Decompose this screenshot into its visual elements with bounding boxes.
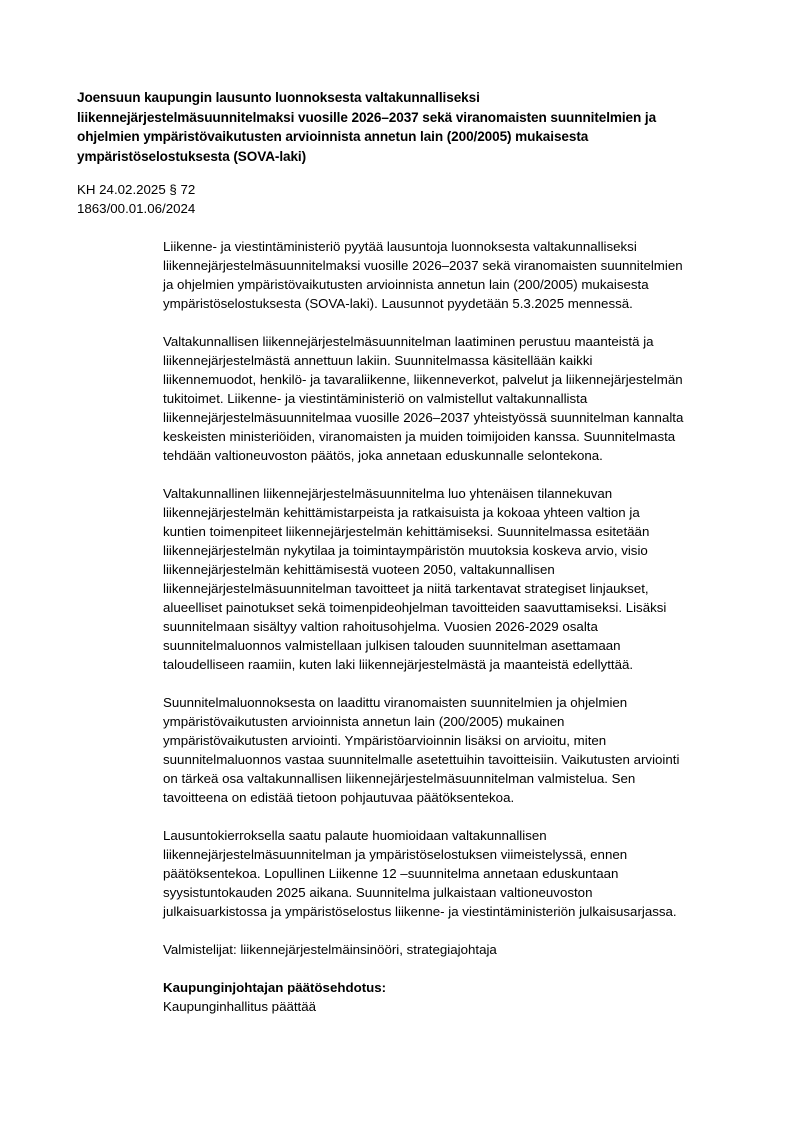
paragraph-request: Liikenne- ja viestintäministeriö pyytää … bbox=[163, 237, 743, 313]
text-line: ja ohjelmien ympäristövaikutusten arvioi… bbox=[163, 275, 743, 294]
meeting-reference: KH 24.02.2025 § 72 bbox=[77, 180, 195, 199]
text-line: kuntien toimenpiteet liikennejärjestelmä… bbox=[163, 522, 743, 541]
text-line: suunnitelmaluonnos valmistellaan julkise… bbox=[163, 636, 743, 655]
text-line: Liikenne- ja viestintäministeriö pyytää … bbox=[163, 237, 743, 256]
paragraph-basis: Valtakunnallisen liikennejärjestelmäsuun… bbox=[163, 332, 743, 465]
proposal-text: Kaupunginhallitus päättää bbox=[163, 997, 743, 1016]
text-line: suunnitelmaan sisältyy valtion rahoituso… bbox=[163, 617, 743, 636]
title-line: liikennejärjestelmäsuunnitelmaksi vuosil… bbox=[77, 108, 737, 128]
proposal-heading: Kaupunginjohtajan päätösehdotus: bbox=[163, 978, 743, 997]
text-line: liikennejärjestelmäsuunnitelman tavoitte… bbox=[163, 579, 743, 598]
text-line: liikennejärjestelmästä annettuun lakiin.… bbox=[163, 351, 743, 370]
paragraph-assessment: Suunnitelmaluonnoksesta on laadittu vira… bbox=[163, 693, 743, 807]
text-line: tukitoimet. Liikenne- ja viestintäminist… bbox=[163, 389, 743, 408]
text-line: ympäristövaikutusten arviointi. Ympärist… bbox=[163, 731, 743, 750]
text-line: julkaisuarkistossa ja ympäristöselostus … bbox=[163, 902, 743, 921]
paragraph-feedback: Lausuntokierroksella saatu palaute huomi… bbox=[163, 826, 743, 921]
text-line: on tärkeä osa valtakunnallisen liikennej… bbox=[163, 769, 743, 788]
document-meta: KH 24.02.2025 § 72 1863/00.01.06/2024 bbox=[77, 180, 195, 218]
text-line: tehdään valtioneuvoston päätös, joka ann… bbox=[163, 446, 743, 465]
text-line: ympäristöselostuksesta (SOVA-laki). Laus… bbox=[163, 294, 743, 313]
text-line: Valtakunnallinen liikennejärjestelmäsuun… bbox=[163, 484, 743, 503]
text-line: liikennejärjestelmän kehittämisestä vuot… bbox=[163, 560, 743, 579]
title-line: ohjelmien ympäristövaikutusten arvioinni… bbox=[77, 127, 737, 147]
title-line: ympäristöselostuksesta (SOVA-laki) bbox=[77, 147, 737, 167]
text-line: päätöksentekoa. Lopullinen Liikenne 12 –… bbox=[163, 864, 743, 883]
text-line: liikennejärjestelmäsuunnitelmaa vuosille… bbox=[163, 408, 743, 427]
text-line: keskeisten ministeriöiden, viranomaisten… bbox=[163, 427, 743, 446]
paragraph-content: Valtakunnallinen liikennejärjestelmäsuun… bbox=[163, 484, 743, 674]
text-line: syysistuntokauden 2025 aikana. Suunnitel… bbox=[163, 883, 743, 902]
text-line: liikennejärjestelmän kehittämistarpeista… bbox=[163, 503, 743, 522]
text-line: liikennejärjestelmän nykytilaa ja toimin… bbox=[163, 541, 743, 560]
text-line: taloudelliseen raamiin, kuten laki liike… bbox=[163, 655, 743, 674]
text-line: liikennejärjestelmäsuunnitelmaksi vuosil… bbox=[163, 256, 743, 275]
text-line: Valtakunnallisen liikennejärjestelmäsuun… bbox=[163, 332, 743, 351]
record-number: 1863/00.01.06/2024 bbox=[77, 199, 195, 218]
text-line: alueelliset painotukset sekä toimenpideo… bbox=[163, 598, 743, 617]
text-line: liikennemuodot, henkilö- ja tavaraliiken… bbox=[163, 370, 743, 389]
text-line: tavoitteena on edistää tietoon pohjautuv… bbox=[163, 788, 743, 807]
document-body: Liikenne- ja viestintäministeriö pyytää … bbox=[163, 237, 743, 1016]
document-title: Joensuun kaupungin lausunto luonnoksesta… bbox=[77, 88, 737, 166]
text-line: Lausuntokierroksella saatu palaute huomi… bbox=[163, 826, 743, 845]
text-line: ympäristövaikutusten arvioinnista annetu… bbox=[163, 712, 743, 731]
text-line: Suunnitelmaluonnoksesta on laadittu vira… bbox=[163, 693, 743, 712]
text-line: suunnitelmaluonnos vastaa suunnitelmalle… bbox=[163, 750, 743, 769]
text-line: liikennejärjestelmäsuunnitelman ja ympär… bbox=[163, 845, 743, 864]
title-line: Joensuun kaupungin lausunto luonnoksesta… bbox=[77, 88, 737, 108]
preparers-text: Valmistelijat: liikennejärjestelmäinsinö… bbox=[163, 940, 743, 959]
proposal: Kaupunginjohtajan päätösehdotus: Kaupung… bbox=[163, 978, 743, 1016]
document-page: Joensuun kaupungin lausunto luonnoksesta… bbox=[0, 0, 794, 1122]
preparers: Valmistelijat: liikennejärjestelmäinsinö… bbox=[163, 940, 743, 959]
